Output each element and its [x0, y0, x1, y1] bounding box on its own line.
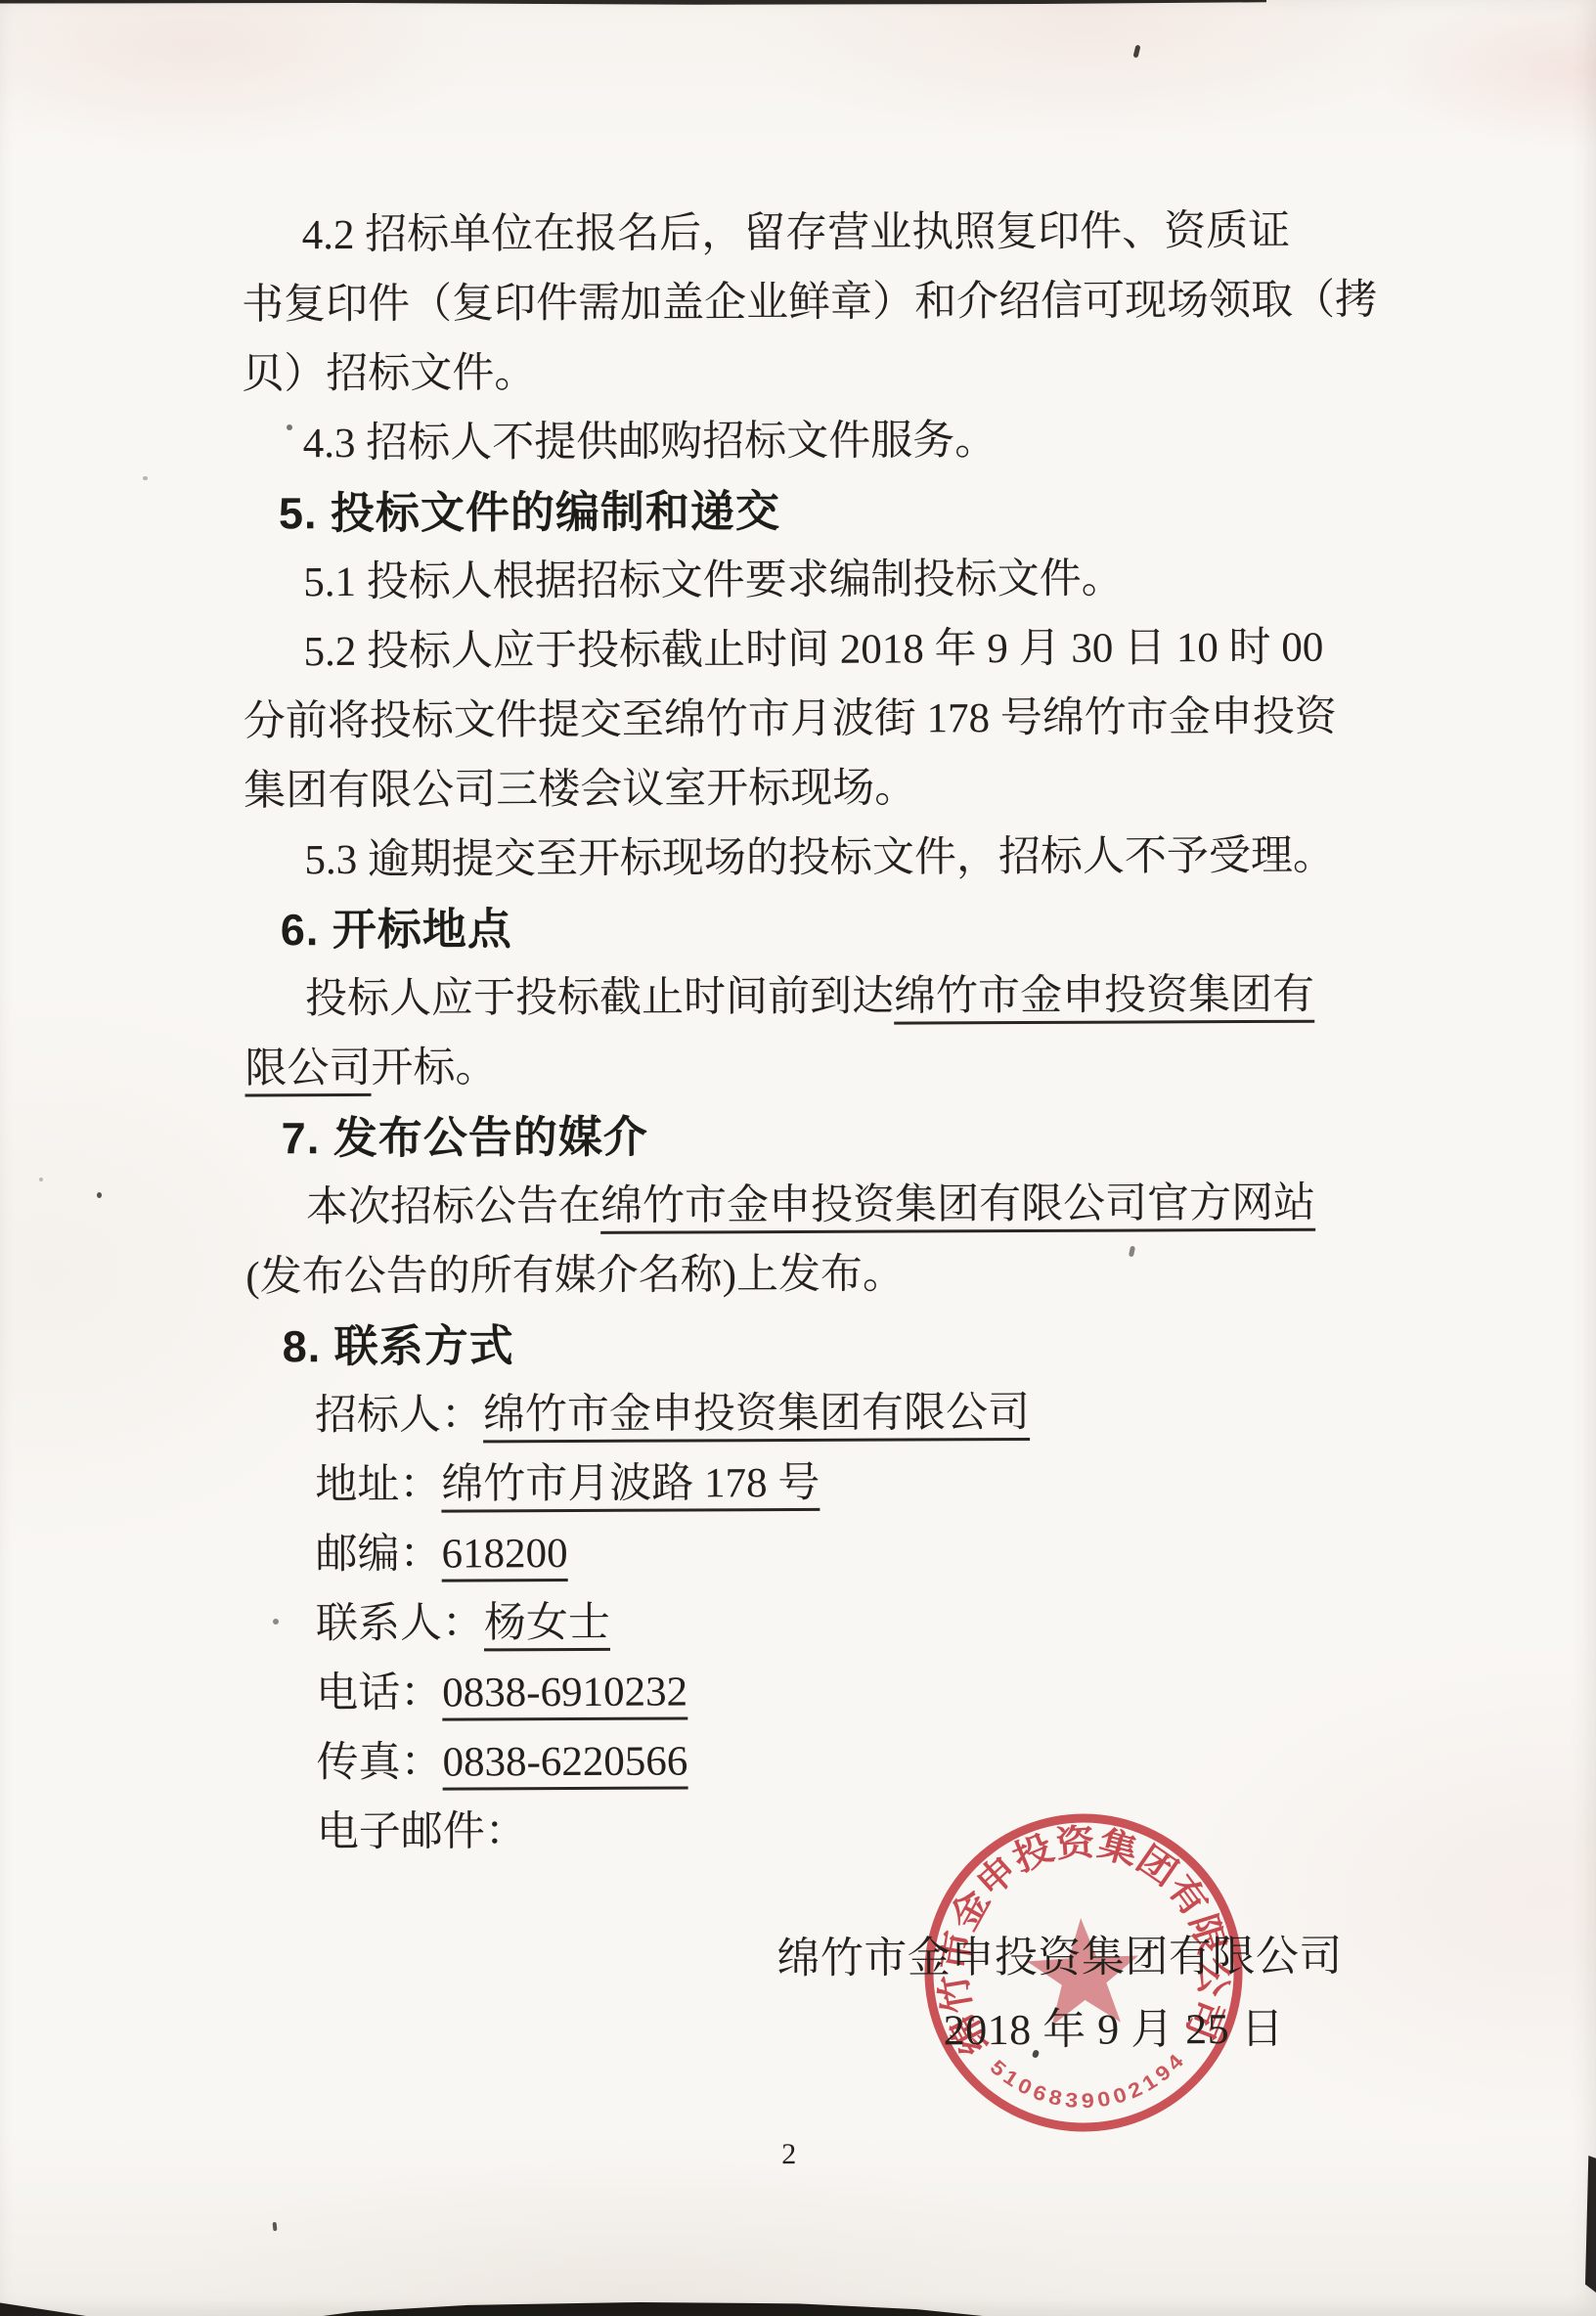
underlined-text: 绵竹市金申投资集团有限公司官方网站 [600, 1180, 1315, 1234]
text-segment: 5.3 逾期提交至开标现场的投标文件，招标人不予受理。 [304, 833, 1335, 884]
text-line: 投标人应于投标截止时间前到达绵竹市金申投资集团有 [244, 959, 1403, 1034]
text-segment: 电话： [316, 1670, 442, 1717]
page-number: 2 [781, 2138, 796, 2171]
underlined-text: 618200 [441, 1531, 567, 1582]
text-segment: 4.3 招标人不提供邮购招标文件服务。 [303, 418, 997, 467]
underlined-text: 绵竹市金申投资集团有限公司 [483, 1390, 1030, 1443]
text-segment: 5. 投标文件的编制和递交 [279, 486, 780, 538]
text-line: (发布公告的所有媒介名称)上发布。 [245, 1237, 1404, 1312]
text-line: 招标人：绵竹市金申投资集团有限公司 [246, 1376, 1405, 1450]
section-heading: 5. 投标文件的编制和递交 [243, 473, 1401, 548]
text-segment: 电子邮件： [317, 1808, 527, 1855]
text-line: 5.1 投标人根据招标文件要求编制投标文件。 [243, 543, 1401, 617]
text-line: 5.2 投标人应于投标截止时间 2018 年 9 月 30 日 10 时 00 [243, 612, 1401, 687]
underlined-text: 绵竹市月波路 178 号 [441, 1460, 820, 1513]
text-segment: 8. 联系方式 [283, 1320, 514, 1371]
page-content: 4.2 招标单位在报名后，留存营业执照复印件、资质证书复印件（复印件需加盖企业鲜… [0, 0, 1596, 2316]
text-segment: (发布公告的所有媒介名称)上发布。 [245, 1252, 905, 1301]
text-segment: 传真： [316, 1740, 442, 1787]
section-heading: 8. 联系方式 [246, 1307, 1405, 1381]
text-segment: 分前将投标文件提交至绵竹市月波街 178 号绵竹市金申投资 [244, 694, 1337, 745]
text-line: 5.3 逾期提交至开标现场的投标文件，招标人不予受理。 [244, 821, 1402, 895]
underlined-text: 0838-6910232 [442, 1670, 687, 1721]
text-segment: 投标人应于投标截止时间前到达 [305, 974, 894, 1023]
text-line: 电子邮件： [248, 1793, 1407, 1867]
text-segment: 贝）招标文件。 [242, 350, 536, 397]
text-segment: 联系人： [316, 1600, 484, 1647]
text-segment: 书复印件（复印件需加盖企业鲜章）和介绍信可现场领取（拷 [242, 277, 1377, 328]
text-segment: 集团有限公司三楼会议室开标现场。 [244, 765, 916, 814]
text-segment: 4.2 招标单位在报名后，留存营业执照复印件、资质证 [302, 208, 1291, 258]
text-line: 限公司开标。 [244, 1029, 1403, 1103]
text-segment: 7. 发布公告的媒介 [282, 1112, 648, 1164]
signature-date: 2018 年 9 月 25 日 [944, 1993, 1285, 2058]
signature-company: 绵竹市金申投资集团有限公司 [776, 1921, 1343, 1986]
text-segment: 5.1 投标人根据招标文件要求编制投标文件。 [303, 557, 1124, 606]
text-segment: 地址： [315, 1462, 441, 1509]
text-line: 集团有限公司三楼会议室开标现场。 [244, 751, 1402, 825]
text-lines: 4.2 招标单位在报名后，留存营业执照复印件、资质证书复印件（复印件需加盖企业鲜… [242, 196, 1407, 1867]
text-line: 4.3 招标人不提供邮购招标文件服务。 [242, 404, 1400, 478]
text-segment: 招标人： [315, 1392, 483, 1439]
text-segment: 开标。 [371, 1045, 497, 1091]
text-line: 联系人：杨女士 [247, 1584, 1406, 1659]
text-segment: 5.2 投标人应于投标截止时间 2018 年 9 月 30 日 10 时 00 [303, 625, 1323, 676]
text-line: 地址：绵竹市月波路 178 号 [246, 1446, 1405, 1520]
text-line: 传真：0838-6220566 [247, 1723, 1406, 1798]
text-segment: 6. 开标地点 [281, 904, 512, 955]
underlined-text: 0838-6220566 [442, 1738, 687, 1790]
document-page: 绵竹市金申投资集团有限公司 5106839002194 4.2 招标单位在报名后… [0, 0, 1596, 2316]
text-line: 本次招标公告在绵竹市金申投资集团有限公司官方网站 [245, 1168, 1404, 1242]
text-segment: 邮编： [315, 1532, 441, 1579]
underlined-text: 杨女士 [484, 1600, 610, 1652]
underlined-text: 绵竹市金申投资集团有 [894, 972, 1314, 1025]
text-line: 邮编：618200 [246, 1515, 1405, 1589]
section-heading: 6. 开标地点 [244, 890, 1403, 964]
text-line: 4.2 招标单位在报名后，留存营业执照复印件、资质证 [242, 196, 1400, 270]
text-line: 电话：0838-6910232 [247, 1654, 1406, 1728]
section-heading: 7. 发布公告的媒介 [245, 1098, 1404, 1173]
text-segment: 本次招标公告在 [306, 1183, 600, 1230]
text-line: 贝）招标文件。 [242, 334, 1400, 409]
text-line: 分前将投标文件提交至绵竹市月波街 178 号绵竹市金申投资 [244, 682, 1402, 756]
underlined-text: 限公司 [244, 1046, 371, 1097]
text-line: 书复印件（复印件需加盖企业鲜章）和介绍信可现场领取（拷 [242, 265, 1400, 339]
